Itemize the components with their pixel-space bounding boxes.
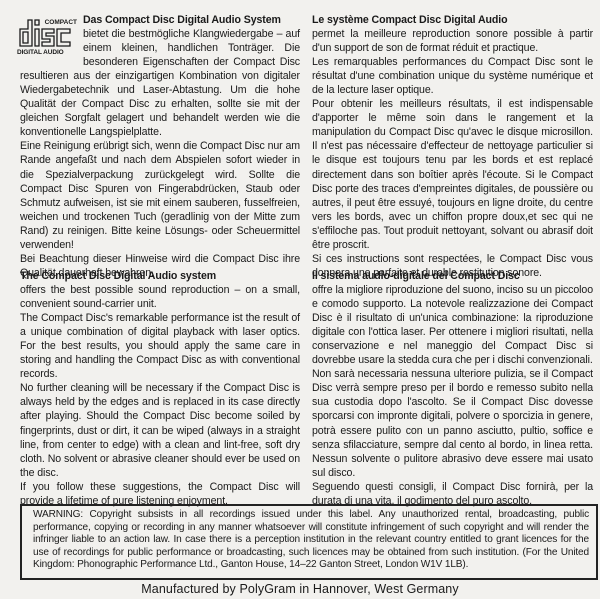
logo-digital-audio-text: DIGITAL AUDIO [17, 46, 64, 60]
french-paragraph: Les remarquables performances du Compact… [312, 55, 593, 97]
copyright-warning-text: WARNING: Copyright subsists in all recor… [33, 509, 589, 570]
italian-paragraph: offre la migliore riproduzione del suono… [312, 283, 593, 367]
english-paragraph: The Compact Disc's remarkable performanc… [20, 311, 300, 381]
manufacturer-line: Manufactured by PolyGram in Hannover, We… [0, 582, 600, 596]
english-paragraph: offers the best possible sound reproduct… [20, 283, 300, 311]
english-heading: The Compact Disc Digital Audio system [20, 269, 300, 283]
english-paragraph: No further cleaning will be necessary if… [20, 381, 300, 479]
french-heading: Le système Compact Disc Digital Audio [312, 13, 593, 27]
german-paragraph: Eine Reinigung erübrigt sich, wenn die C… [20, 139, 300, 251]
french-paragraph: permet la meilleure reproduction sonore … [312, 27, 593, 55]
german-section: COMPACT DIGITAL AUDIO Das Compact Disc D… [20, 13, 300, 280]
italian-section: Il sistema audio-digitale del Compact Di… [312, 269, 593, 508]
italian-paragraph: Non sarà necessaria nessuna ulteriore pu… [312, 367, 593, 479]
copyright-warning-box: WARNING: Copyright subsists in all recor… [20, 504, 598, 580]
french-paragraph: Pour obtenir les meilleurs résultats, il… [312, 97, 593, 252]
french-section: Le système Compact Disc Digital Audio pe… [312, 13, 593, 280]
disc-logo-icon [18, 19, 76, 47]
italian-heading: Il sistema audio-digitale del Compact Di… [312, 269, 593, 283]
compact-disc-logo: COMPACT DIGITAL AUDIO [17, 16, 77, 60]
english-section: The Compact Disc Digital Audio system of… [20, 269, 300, 508]
